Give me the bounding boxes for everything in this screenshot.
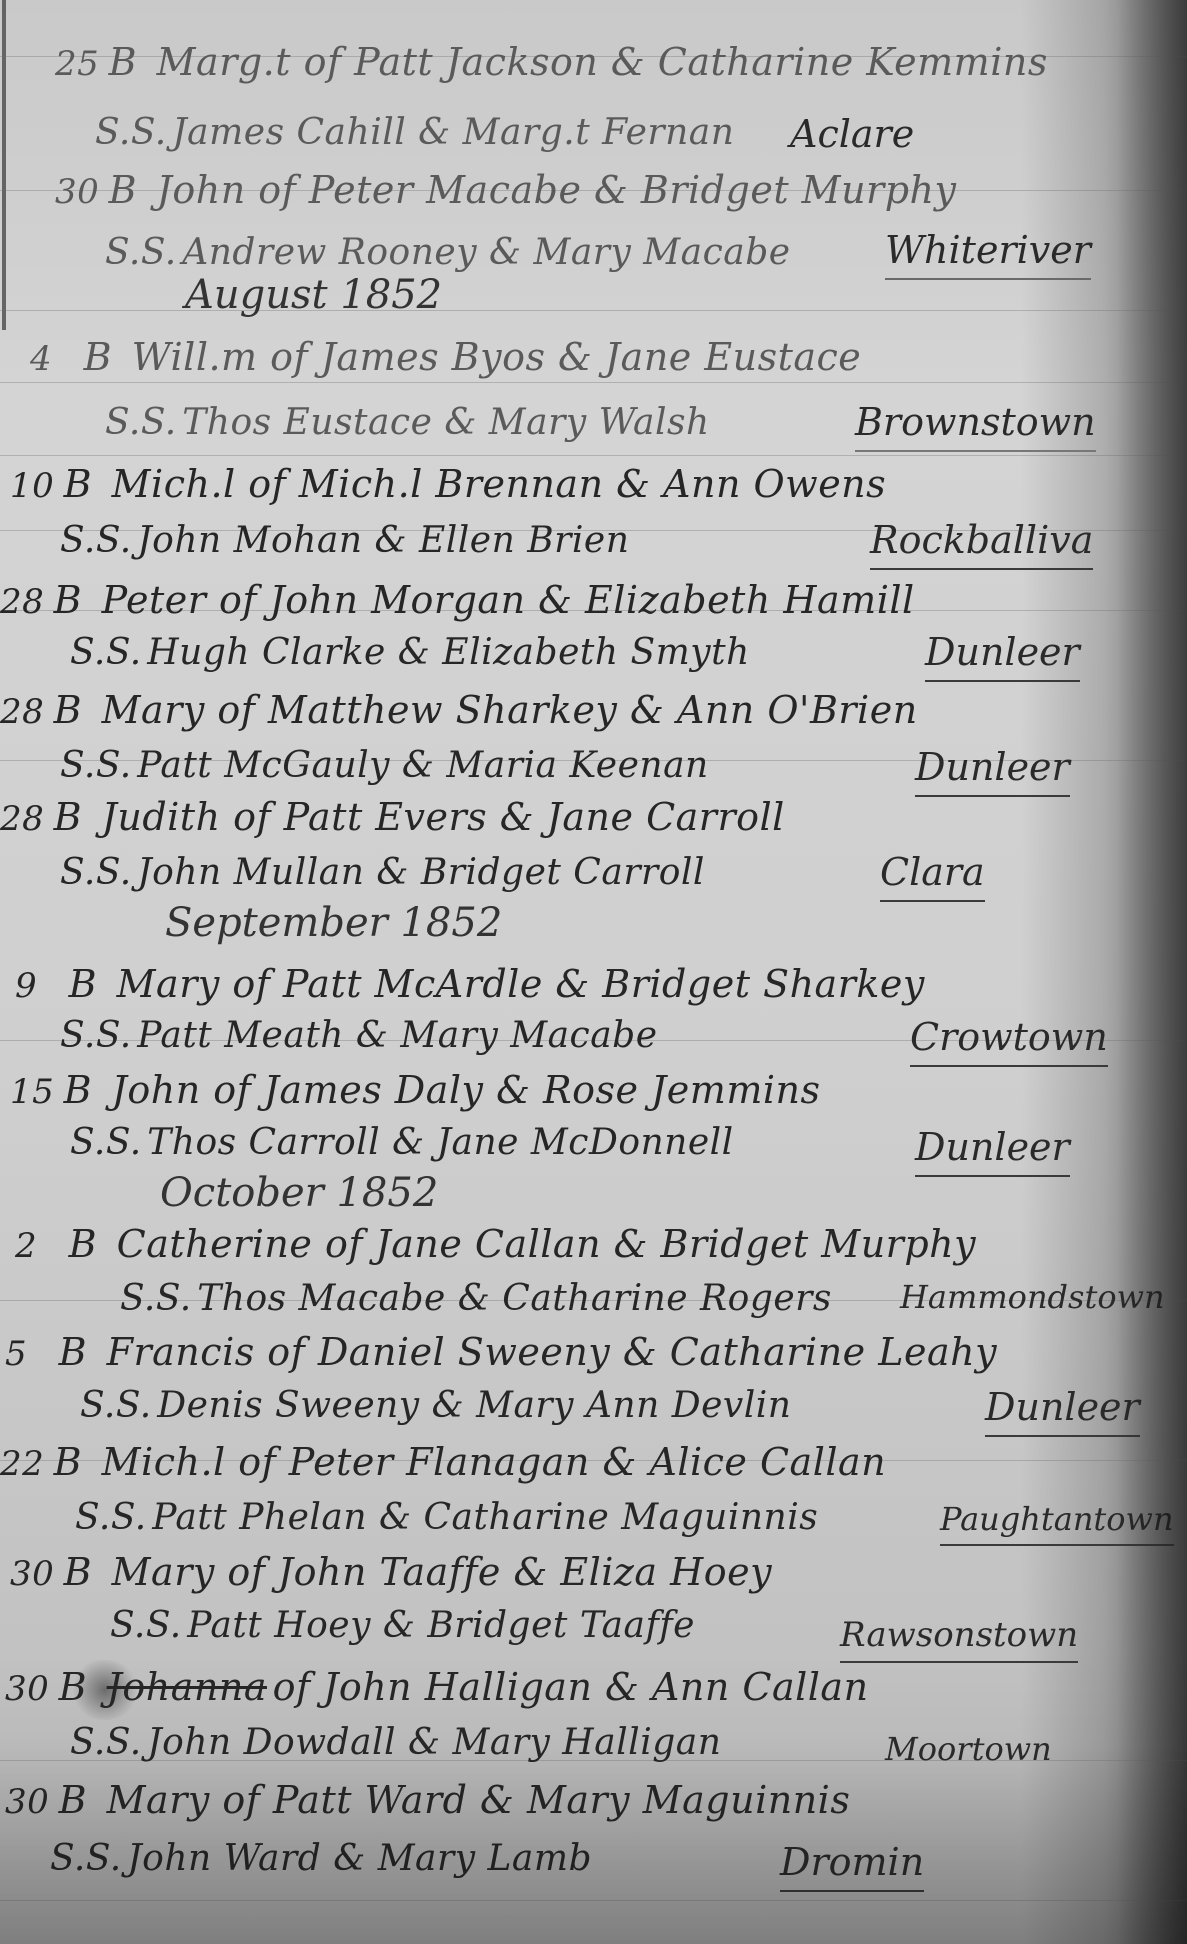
sponsors-line: S.S. Patt McGauly & Maria Keenan (60, 745, 709, 786)
baptism-line: 5 B Francis of Daniel Sweeny & Catharine… (5, 1330, 997, 1374)
sponsors-kind: S.S. (70, 632, 142, 673)
sponsors-names: Denis Sweeny & Mary Ann Devlin (157, 1385, 791, 1426)
baptism-record: Mich.l of Peter Flanagan & Alice Callan (102, 1440, 887, 1484)
place-name: Aclare (790, 112, 914, 164)
baptism-line: 25 B Marg.t of Patt Jackson & Catharine … (55, 40, 1048, 84)
place-name: Dromin (780, 1840, 924, 1892)
sponsors-kind: S.S. (70, 1722, 142, 1763)
sponsors-line: S.S. John Ward & Mary Lamb (50, 1838, 592, 1879)
entry-day: 9 (15, 966, 63, 1006)
entry-day: 30 (55, 172, 103, 212)
place-name: Brownstown (855, 400, 1096, 452)
entry-kind: B (84, 335, 112, 379)
sponsors-line: S.S. Hugh Clarke & Elizabeth Smyth (70, 632, 750, 673)
sponsors-line: S.S. John Dowdall & Mary Halligan (70, 1722, 721, 1763)
sponsors-names: Andrew Rooney & Mary Macabe (182, 232, 790, 273)
entry-kind: B (54, 578, 82, 622)
sponsors-names: John Ward & Mary Lamb (127, 1838, 592, 1879)
ruled-line (0, 382, 1187, 383)
entry-kind: B (64, 462, 92, 506)
sponsors-line: S.S. John Mullan & Bridget Carroll (60, 852, 705, 893)
sponsors-kind: S.S. (75, 1497, 147, 1538)
sponsors-kind: S.S. (60, 852, 132, 893)
sponsors-names: John Mohan & Ellen Brien (137, 520, 629, 561)
baptism-line: 28 B Peter of John Morgan & Elizabeth Ha… (0, 578, 915, 622)
sponsors-kind: S.S. (105, 402, 177, 443)
entry-day: 4 (30, 339, 78, 379)
place-name: Rawsonstown (840, 1615, 1078, 1663)
baptism-line: 10 B Mich.l of Mich.l Brennan & Ann Owen… (10, 462, 886, 506)
baptism-line: 2 B Catherine of Jane Callan & Bridget M… (15, 1222, 976, 1266)
ruled-line (0, 310, 1187, 311)
baptism-record: of John Halligan & Ann Callan (273, 1665, 869, 1709)
sponsors-line: S.S. Thos Carroll & Jane McDonnell (70, 1122, 734, 1163)
baptism-line: 15 B John of James Daly & Rose Jemmins (10, 1068, 820, 1112)
entry-day: 28 (0, 799, 48, 839)
entry-kind: B (59, 1330, 87, 1374)
place-name: Paughtantown (940, 1500, 1174, 1546)
entry-day: 30 (10, 1554, 58, 1594)
entry-day: 15 (10, 1072, 58, 1112)
sponsors-kind: S.S. (70, 1122, 142, 1163)
sponsors-kind: S.S. (95, 112, 167, 153)
struck-name: Johanna (107, 1665, 267, 1709)
entry-day: 10 (10, 466, 58, 506)
entry-kind: B (54, 795, 82, 839)
place-name: Clara (880, 850, 985, 902)
baptism-line: 4 B Will.m of James Byos & Jane Eustace (30, 335, 861, 379)
sponsors-names: Thos Eustace & Mary Walsh (182, 402, 709, 443)
place-name: Crowtown (910, 1015, 1108, 1067)
sponsors-names: Hugh Clarke & Elizabeth Smyth (147, 632, 750, 673)
baptism-record: Mary of Patt McArdle & Bridget Sharkey (117, 962, 925, 1006)
sponsors-names: Patt Phelan & Catharine Maguinnis (152, 1497, 818, 1538)
entry-day: 25 (55, 44, 103, 84)
register-page: 25 B Marg.t of Patt Jackson & Catharine … (0, 0, 1187, 1944)
entry-kind: B (54, 688, 82, 732)
month-heading: September 1852 (165, 900, 502, 946)
sponsors-line: S.S. Patt Meath & Mary Macabe (60, 1015, 658, 1056)
sponsors-names: Patt Hoey & Bridget Taaffe (187, 1605, 695, 1646)
baptism-line: 30 B Mary of John Taaffe & Eliza Hoey (10, 1550, 772, 1594)
baptism-record: Francis of Daniel Sweeny & Catharine Lea… (107, 1330, 997, 1374)
binding-shadow (1117, 0, 1187, 1944)
baptism-record: John of Peter Macabe & Bridget Murphy (157, 168, 957, 212)
place-name: Dunleer (915, 1125, 1070, 1177)
sponsors-kind: S.S. (60, 520, 132, 561)
baptism-record: Catherine of Jane Callan & Bridget Murph… (117, 1222, 976, 1266)
month-heading: August 1852 (185, 272, 442, 318)
baptism-line: 22 B Mich.l of Peter Flanagan & Alice Ca… (0, 1440, 886, 1484)
entry-day: 30 (5, 1782, 53, 1822)
sponsors-names: John Dowdall & Mary Halligan (147, 1722, 721, 1763)
sponsors-names: John Mullan & Bridget Carroll (137, 852, 705, 893)
sponsors-line: S.S. Patt Hoey & Bridget Taaffe (110, 1605, 695, 1646)
sponsors-names: Patt McGauly & Maria Keenan (137, 745, 708, 786)
month-heading: October 1852 (160, 1170, 438, 1216)
baptism-record: Mary of Patt Ward & Mary Maguinnis (107, 1778, 851, 1822)
entry-day: 30 (5, 1669, 53, 1709)
sponsors-kind: S.S. (60, 1015, 132, 1056)
entry-day: 5 (5, 1334, 53, 1374)
baptism-record: Will.m of James Byos & Jane Eustace (132, 335, 862, 379)
baptism-line: 9 B Mary of Patt McArdle & Bridget Shark… (15, 962, 925, 1006)
entry-kind: B (64, 1550, 92, 1594)
sponsors-names: James Cahill & Marg.t Fernan (172, 112, 734, 153)
place-name: Whiteriver (885, 228, 1091, 280)
sponsors-kind: S.S. (120, 1278, 192, 1319)
place-name: Hammondstown (900, 1278, 1165, 1324)
ruled-line (0, 455, 1187, 456)
entry-day: 28 (0, 692, 48, 732)
place-name: Dunleer (925, 630, 1080, 682)
entry-day: 2 (15, 1226, 63, 1266)
sponsors-names: Thos Carroll & Jane McDonnell (147, 1122, 733, 1163)
baptism-record: Peter of John Morgan & Elizabeth Hamill (102, 578, 915, 622)
entry-kind: B (64, 1068, 92, 1112)
sponsors-line: S.S. Patt Phelan & Catharine Maguinnis (75, 1497, 818, 1538)
baptism-record: Marg.t of Patt Jackson & Catharine Kemmi… (157, 40, 1048, 84)
sponsors-names: Patt Meath & Mary Macabe (137, 1015, 657, 1056)
entry-kind: B (69, 962, 97, 1006)
baptism-record: Judith of Patt Evers & Jane Carroll (102, 795, 785, 839)
baptism-line: 30 B John of Peter Macabe & Bridget Murp… (55, 168, 956, 212)
sponsors-kind: S.S. (60, 745, 132, 786)
sponsors-kind: S.S. (105, 232, 177, 273)
baptism-line: 30 B Johanna of John Halligan & Ann Call… (5, 1665, 869, 1709)
entry-day: 22 (0, 1444, 48, 1484)
entry-kind: B (109, 40, 137, 84)
entry-kind: B (59, 1778, 87, 1822)
baptism-line: 28 B Judith of Patt Evers & Jane Carroll (0, 795, 785, 839)
baptism-record: Mich.l of Mich.l Brennan & Ann Owens (112, 462, 887, 506)
baptism-line: 30 B Mary of Patt Ward & Mary Maguinnis (5, 1778, 850, 1822)
sponsors-kind: S.S. (110, 1605, 182, 1646)
sponsors-line: S.S. Thos Eustace & Mary Walsh (105, 402, 710, 443)
place-name: Moortown (885, 1730, 1052, 1776)
sponsors-kind: S.S. (50, 1838, 122, 1879)
entry-kind: B (59, 1665, 87, 1709)
sponsors-line: S.S. Andrew Rooney & Mary Macabe (105, 232, 791, 273)
place-name: Rockballiva (870, 518, 1093, 570)
entry-kind: B (54, 1440, 82, 1484)
ruled-line (0, 1900, 1187, 1901)
baptism-record: John of James Daly & Rose Jemmins (112, 1068, 821, 1112)
entry-kind: B (109, 168, 137, 212)
place-name: Dunleer (915, 745, 1070, 797)
sponsors-line: S.S. John Mohan & Ellen Brien (60, 520, 629, 561)
margin-rule (2, 0, 6, 330)
entry-kind: B (69, 1222, 97, 1266)
sponsors-line: S.S. James Cahill & Marg.t Fernan (95, 112, 734, 153)
baptism-record: Mary of Matthew Sharkey & Ann O'Brien (102, 688, 918, 732)
place-name: Dunleer (985, 1385, 1140, 1437)
entry-day: 28 (0, 582, 48, 622)
sponsors-kind: S.S. (80, 1385, 152, 1426)
sponsors-names: Thos Macabe & Catharine Rogers (197, 1278, 832, 1319)
sponsors-line: S.S. Denis Sweeny & Mary Ann Devlin (80, 1385, 791, 1426)
baptism-record: Mary of John Taaffe & Eliza Hoey (112, 1550, 773, 1594)
sponsors-line: S.S. Thos Macabe & Catharine Rogers (120, 1278, 832, 1319)
baptism-line: 28 B Mary of Matthew Sharkey & Ann O'Bri… (0, 688, 918, 732)
